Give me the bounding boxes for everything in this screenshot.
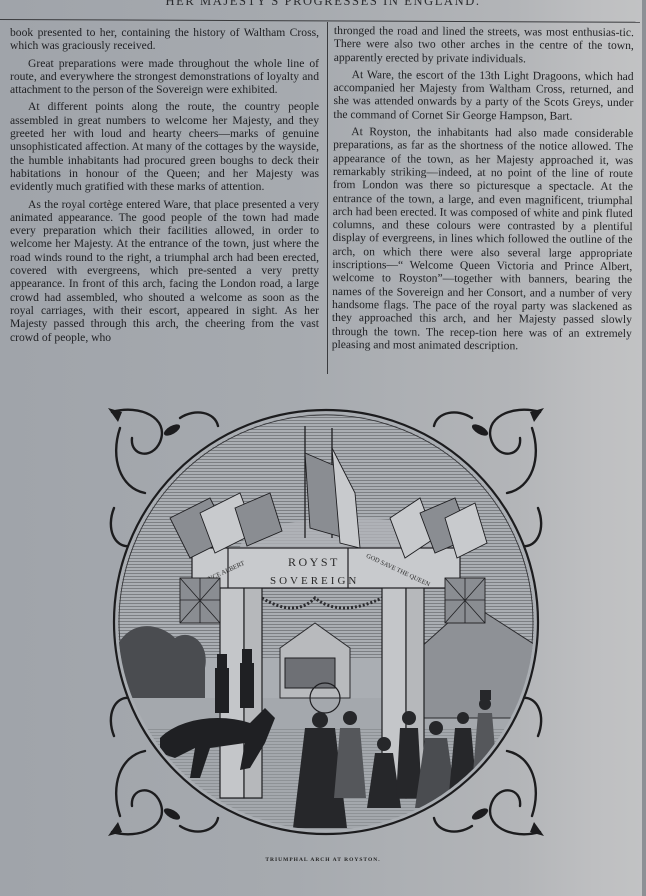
running-head: HER MAJESTY'S PROGRESSES IN ENGLAND. bbox=[0, 0, 646, 9]
banner-text-top: ROYST bbox=[288, 555, 340, 569]
column-divider bbox=[327, 22, 328, 374]
paragraph: As the royal cortège entered Ware, that … bbox=[10, 198, 319, 344]
page-edge bbox=[642, 0, 646, 896]
engraving-triumphal-arch: ROYST SOVEREIGN PRINCE ALBERT GOD SAVE T… bbox=[100, 398, 552, 846]
paragraph: book presented to her, containing the hi… bbox=[10, 26, 319, 53]
paragraph: Great preparations were made throughout … bbox=[10, 57, 319, 97]
header-rule bbox=[0, 19, 640, 23]
left-column: book presented to her, containing the hi… bbox=[10, 26, 319, 348]
paragraph: At different points along the route, the… bbox=[10, 100, 319, 193]
banner-text-bottom: SOVEREIGN bbox=[270, 575, 359, 587]
right-column: thronged the road and lined the streets,… bbox=[332, 24, 634, 357]
paragraph: At Ware, the escort of the 13th Light Dr… bbox=[333, 68, 633, 123]
paragraph: thronged the road and lined the streets,… bbox=[334, 24, 634, 66]
figure-caption: TRIUMPHAL ARCH AT ROYSTON. bbox=[0, 857, 646, 863]
paragraph: At Royston, the inhabitants had also mad… bbox=[332, 125, 634, 353]
